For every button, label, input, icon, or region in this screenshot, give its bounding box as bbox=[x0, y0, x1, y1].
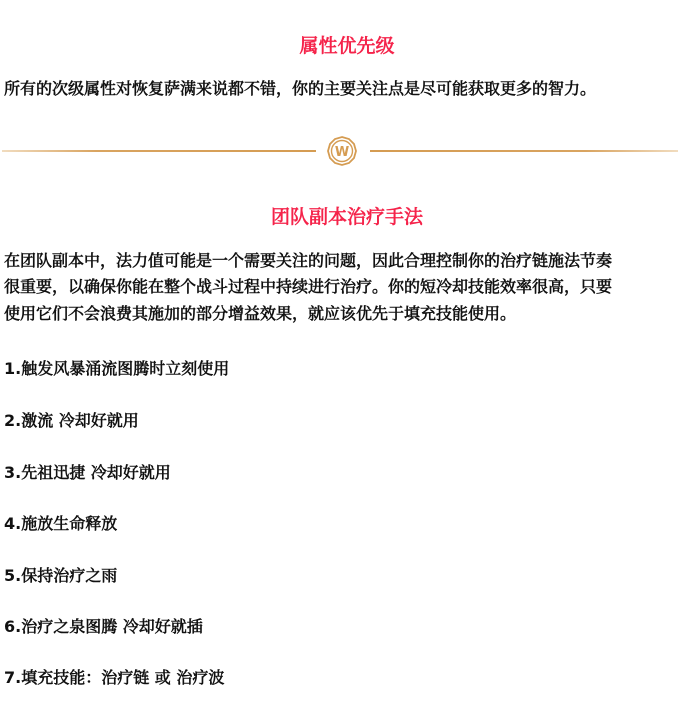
wow-emblem-icon: W bbox=[327, 136, 357, 166]
step-item: 4.施放生命释放 bbox=[4, 513, 117, 535]
section-heading: 团队副本治疗手法 bbox=[0, 205, 694, 229]
divider-line-left bbox=[2, 150, 316, 152]
step-item: 2.激流 冷却好就用 bbox=[4, 410, 139, 432]
step-item: 6.治疗之泉图腾 冷却好就插 bbox=[4, 616, 203, 638]
paragraph-line: 在团队副本中，法力值可能是一个需要关注的问题，因此合理控制你的治疗链施法节奏 bbox=[4, 248, 694, 274]
section-paragraph: 所有的次级属性对恢复萨满来说都不错，你的主要关注点是尽可能获取更多的智力。 bbox=[4, 76, 694, 102]
section-divider: W bbox=[0, 136, 694, 166]
svg-text:W: W bbox=[335, 145, 349, 160]
paragraph-line: 使用它们不会浪费其施加的部分增益效果，就应该优先于填充技能使用。 bbox=[4, 301, 694, 327]
step-item: 1.触发风暴涌流图腾时立刻使用 bbox=[4, 358, 229, 380]
section-heading: 属性优先级 bbox=[0, 34, 694, 58]
step-item: 3.先祖迅捷 冷却好就用 bbox=[4, 462, 171, 484]
step-item: 5.保持治疗之雨 bbox=[4, 565, 117, 587]
paragraph-line: 很重要，以确保你能在整个战斗过程中持续进行治疗。你的短冷却技能效率很高，只要 bbox=[4, 274, 694, 300]
divider-line-right bbox=[370, 150, 678, 152]
step-item: 7.填充技能：治疗链 或 治疗波 bbox=[4, 667, 224, 689]
